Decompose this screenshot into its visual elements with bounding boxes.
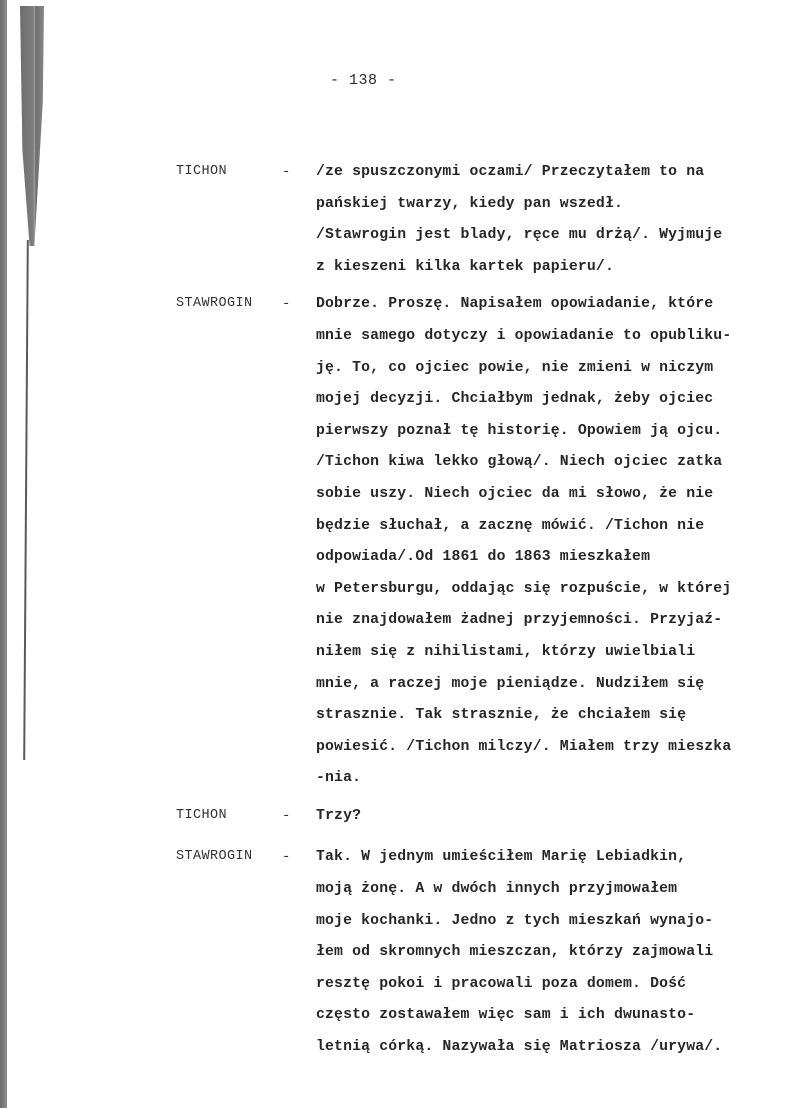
speech-line: /Tichon kiwa lekko głową/. Niech ojciec … [316, 447, 766, 479]
speech-line: pańskiej twarzy, kiedy pan wszedł. [316, 189, 766, 221]
dialogue-entry: STAWROGIN-Dobrze. Proszę. Napisałem opow… [176, 289, 776, 795]
speech-line: łem od skromnych mieszczan, którzy zajmo… [316, 937, 766, 969]
speech-line: nie znajdowałem żadnej przyjemności. Prz… [316, 605, 766, 637]
speech-line: strasznie. Tak strasznie, że chciałem si… [316, 700, 766, 732]
speaker-name: STAWROGIN [176, 842, 282, 1063]
speech-line: mnie samego dotyczy i opowiadanie to opu… [316, 321, 766, 353]
binding-line [23, 240, 29, 760]
speaker-dash: - [282, 801, 316, 833]
speech-line: /ze spuszczonymi oczami/ Przeczytałem to… [316, 157, 766, 189]
speech-text: Tak. W jednym umieściłem Marię Lebiadkin… [316, 842, 766, 1063]
speech-text: /ze spuszczonymi oczami/ Przeczytałem to… [316, 157, 766, 283]
speech-line: Trzy? [316, 801, 766, 833]
speech-line: moją żonę. A w dwóch innych przyjmowałem [316, 874, 766, 906]
speech-line: w Petersburgu, oddając się rozpuście, w … [316, 574, 766, 606]
speaker-dash: - [282, 289, 316, 795]
speech-line: powiesić. /Tichon milczy/. Miałem trzy m… [316, 732, 766, 764]
speech-line: z kieszeni kilka kartek papieru/. [316, 252, 766, 284]
speech-line: będzie słuchał, a zacznę mówić. /Tichon … [316, 511, 766, 543]
dialogue-entry: TICHON-Trzy? [176, 801, 776, 833]
speech-text: Dobrze. Proszę. Napisałem opowiadanie, k… [316, 289, 766, 795]
script-body: TICHON-/ze spuszczonymi oczami/ Przeczyt… [176, 157, 776, 1070]
speaker-name: TICHON [176, 801, 282, 833]
speech-line: ję. To, co ojciec powie, nie zmieni w ni… [316, 353, 766, 385]
speaker-name: STAWROGIN [176, 289, 282, 795]
speech-line: Dobrze. Proszę. Napisałem opowiadanie, k… [316, 289, 766, 321]
speech-line: mojej decyzji. Chciałbym jednak, żeby oj… [316, 384, 766, 416]
speech-line: moje kochanki. Jedno z tych mieszkań wyn… [316, 906, 766, 938]
speech-line: letnią córką. Nazywała się Matriosza /ur… [316, 1032, 766, 1064]
speech-line: mnie, a raczej moje pieniądze. Nudziłem … [316, 669, 766, 701]
speech-line: często zostawałem więc sam i ich dwunast… [316, 1000, 766, 1032]
speaker-dash: - [282, 842, 316, 1063]
dialogue-entry: TICHON-/ze spuszczonymi oczami/ Przeczyt… [176, 157, 776, 283]
binding-mark [20, 6, 44, 246]
speech-line: niłem się z nihilistami, którzy uwielbia… [316, 637, 766, 669]
dialogue-entry: STAWROGIN-Tak. W jednym umieściłem Marię… [176, 842, 776, 1063]
speech-line: Tak. W jednym umieściłem Marię Lebiadkin… [316, 842, 766, 874]
speech-line: resztę pokoi i pracowali poza domem. Doś… [316, 969, 766, 1001]
speech-line: -nia. [316, 763, 766, 795]
speaker-name: TICHON [176, 157, 282, 283]
speech-text: Trzy? [316, 801, 766, 833]
speaker-dash: - [282, 157, 316, 283]
scan-edge [0, 0, 7, 1108]
speech-line: sobie uszy. Niech ojciec da mi słowo, że… [316, 479, 766, 511]
speech-line: odpowiada/.Od 1861 do 1863 mieszkałem [316, 542, 766, 574]
page-number: - 138 - [330, 72, 397, 89]
speech-line: /Stawrogin jest blady, ręce mu drżą/. Wy… [316, 220, 766, 252]
speech-line: pierwszy poznał tę historię. Opowiem ją … [316, 416, 766, 448]
